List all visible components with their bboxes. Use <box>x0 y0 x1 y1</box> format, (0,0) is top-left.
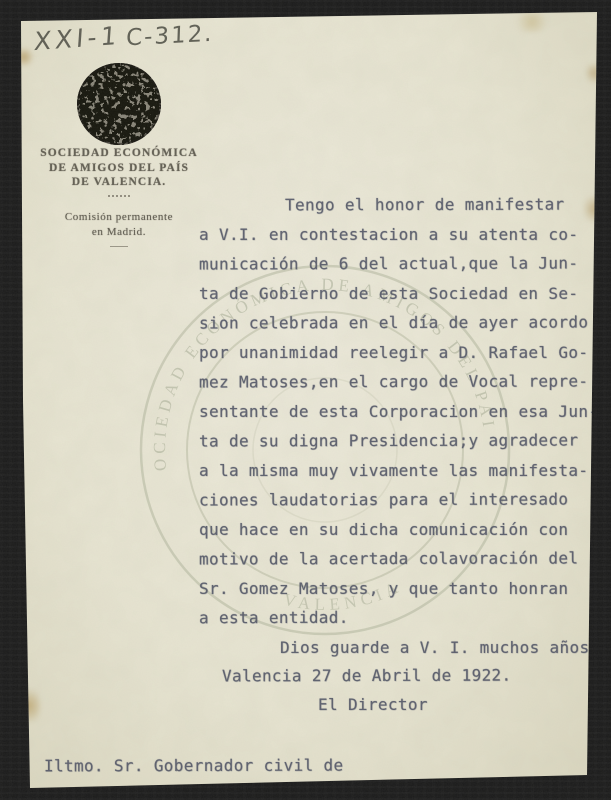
paper-stain <box>584 192 608 226</box>
letterhead-committee-line: Comisión permanente <box>28 210 210 225</box>
archival-mark-right: C-312. <box>126 21 214 52</box>
paper-stain <box>15 46 33 68</box>
letter-line: a esta entidad. <box>199 608 349 627</box>
letterhead-divider <box>108 195 130 197</box>
letterhead: SOCIEDAD ECONÓMICA DE AMIGOS DEL PAÍS DE… <box>28 146 210 247</box>
letter-line: Tengo el honor de manifestar <box>285 195 565 215</box>
paper-stain <box>586 60 604 86</box>
paper-stain <box>14 684 40 728</box>
letter-closing-date: Valencia 27 de Abril de 1922. <box>222 666 512 686</box>
letterhead-org-line: DE AMIGOS DEL PAÍS <box>28 161 210 176</box>
letter-line: a la misma muy vivamente las manifesta- <box>199 461 588 480</box>
letterhead-org-line: SOCIEDAD ECONÓMICA <box>28 146 210 161</box>
letter-line: Sr. Gomez Matoses, y que tanto honran <box>199 579 568 598</box>
letter-line: que hace en su dicha comunicación con <box>199 520 568 539</box>
letter-line: ta de su digna Presidencia;y agradecer <box>199 431 578 451</box>
letter-line: a V.I. en contestacion a su atenta co- <box>199 225 578 244</box>
letter-closing-signature: El Director <box>318 695 428 714</box>
letterhead-org-line: DE VALENCIA. <box>28 175 210 190</box>
paper-stain <box>512 12 552 32</box>
letter-line: municación de 6 del actual,que la Jun- <box>199 254 578 274</box>
letter-closing-salute: Dios guarde a V. I. muchos años- <box>280 638 599 657</box>
society-seal-icon <box>73 60 165 150</box>
letter-line: sentante de esta Corporacion en esa Jun- <box>199 402 598 421</box>
letter-line: sion celebrada en el día de ayer acordo <box>199 312 588 332</box>
letter-addressee: Iltmo. Sr. Gobernador civil de <box>44 756 344 776</box>
letter-line: ta de Gobierno de esta Sociedad en Se- <box>199 284 578 303</box>
letter-line: por unanimidad reelegir a D. Rafael Go- <box>199 343 588 362</box>
letter-line: ciones laudatorias para el interesado <box>199 490 568 510</box>
letterhead-divider <box>110 246 128 247</box>
letter-line: mez Matoses,en el cargo de Vocal repre- <box>199 371 588 391</box>
letterhead-committee-line: en Madrid. <box>28 225 210 240</box>
letter-line: motivo de la acertada colavoración del <box>199 549 578 569</box>
scan-background: SOCIEDAD ECONÓMICA DE AMIGOS DEL PAIS VA… <box>0 0 611 800</box>
archival-mark-left: XXI-1 <box>33 21 121 56</box>
document-page: SOCIEDAD ECONÓMICA DE AMIGOS DEL PAIS VA… <box>0 0 611 800</box>
